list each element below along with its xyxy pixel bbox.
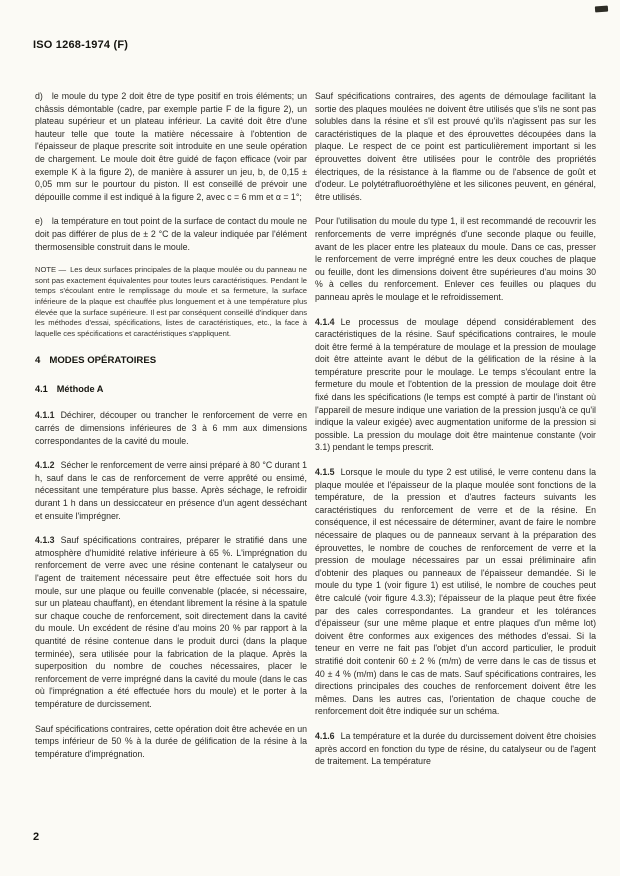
section-4-number: 4 [35, 355, 49, 366]
right-column: Sauf spécifications contraires, des agen… [315, 90, 596, 780]
clause-4-1-6-label: 4.1.6 [315, 731, 341, 741]
scan-artifact-mark [595, 6, 608, 13]
clause-d-paragraph: d)le moule du type 2 doit être de type p… [35, 90, 307, 203]
section-4-title: MODES OPÉRATOIRES [49, 355, 156, 366]
demoulage-text: Sauf spécifications contraires, des agen… [315, 91, 596, 202]
clause-4-1-5-paragraph: 4.1.5Lorsque le moule du type 2 est util… [315, 466, 596, 718]
document-reference-header: ISO 1268-1974 (F) [33, 39, 128, 51]
document-page: ISO 1268-1974 (F) d)le moule du type 2 d… [0, 0, 620, 876]
clause-4-1-4-paragraph: 4.1.4Le processus de moulage dépend cons… [315, 316, 596, 455]
clause-d-text: le moule du type 2 doit être de type pos… [35, 91, 307, 202]
section-4-heading: 4MODES OPÉRATOIRES [35, 355, 307, 368]
clause-4-1-3-label: 4.1.3 [35, 535, 61, 545]
section-4-1-title: Méthode A [57, 384, 104, 394]
clause-4-1-2-paragraph: 4.1.2Sécher le renforcement de verre ain… [35, 459, 307, 522]
note-paragraph: NOTE —Les deux surfaces principales de l… [35, 265, 307, 339]
clause-e-text: la température en tout point de la surfa… [35, 216, 307, 251]
clause-e-label: e) [35, 216, 52, 226]
clause-4-1-3-text: Sauf spécifications contraires, préparer… [35, 535, 307, 709]
clause-4-1-5-label: 4.1.5 [315, 467, 341, 477]
note-label: NOTE — [35, 265, 70, 274]
note-text: Les deux surfaces principales de la plaq… [35, 265, 307, 338]
clause-e-paragraph: e)la température en tout point de la sur… [35, 215, 307, 253]
clause-4-1-1-label: 4.1.1 [35, 410, 61, 420]
clause-4-1-2-text: Sécher le renforcement de verre ainsi pr… [35, 460, 307, 520]
section-4-1-heading: 4.1Méthode A [35, 383, 307, 396]
clause-d-label: d) [35, 91, 52, 101]
two-column-text-area: d)le moule du type 2 doit être de type p… [35, 90, 596, 780]
clause-4-1-6-text: La température et la durée du durcisseme… [315, 731, 596, 766]
clause-4-1-3-paragraph: 4.1.3Sauf spécifications contraires, pré… [35, 534, 307, 710]
clause-4-1-4-label: 4.1.4 [315, 317, 341, 327]
clause-4-1-5-text: Lorsque le moule du type 2 est utilisé, … [315, 467, 596, 716]
type1-usage-paragraph: Pour l'utilisation du moule du type 1, i… [315, 215, 596, 303]
clause-4-1-4-text: Le processus de moulage dépend considéra… [315, 317, 596, 453]
clause-4-1-1-text: Déchirer, découper ou trancher le renfor… [35, 410, 307, 445]
closing-paragraph: Sauf spécifications contraires, cette op… [35, 723, 307, 761]
closing-text: Sauf spécifications contraires, cette op… [35, 724, 307, 759]
clause-4-1-1-paragraph: 4.1.1Déchirer, découper ou trancher le r… [35, 409, 307, 447]
demoulage-paragraph: Sauf spécifications contraires, des agen… [315, 90, 596, 203]
clause-4-1-6-paragraph: 4.1.6La température et la durée du durci… [315, 730, 596, 768]
page-number: 2 [33, 831, 39, 843]
type1-usage-text: Pour l'utilisation du moule du type 1, i… [315, 216, 596, 302]
section-4-1-number: 4.1 [35, 384, 57, 394]
left-column: d)le moule du type 2 doit être de type p… [35, 90, 307, 780]
clause-4-1-2-label: 4.1.2 [35, 460, 61, 470]
